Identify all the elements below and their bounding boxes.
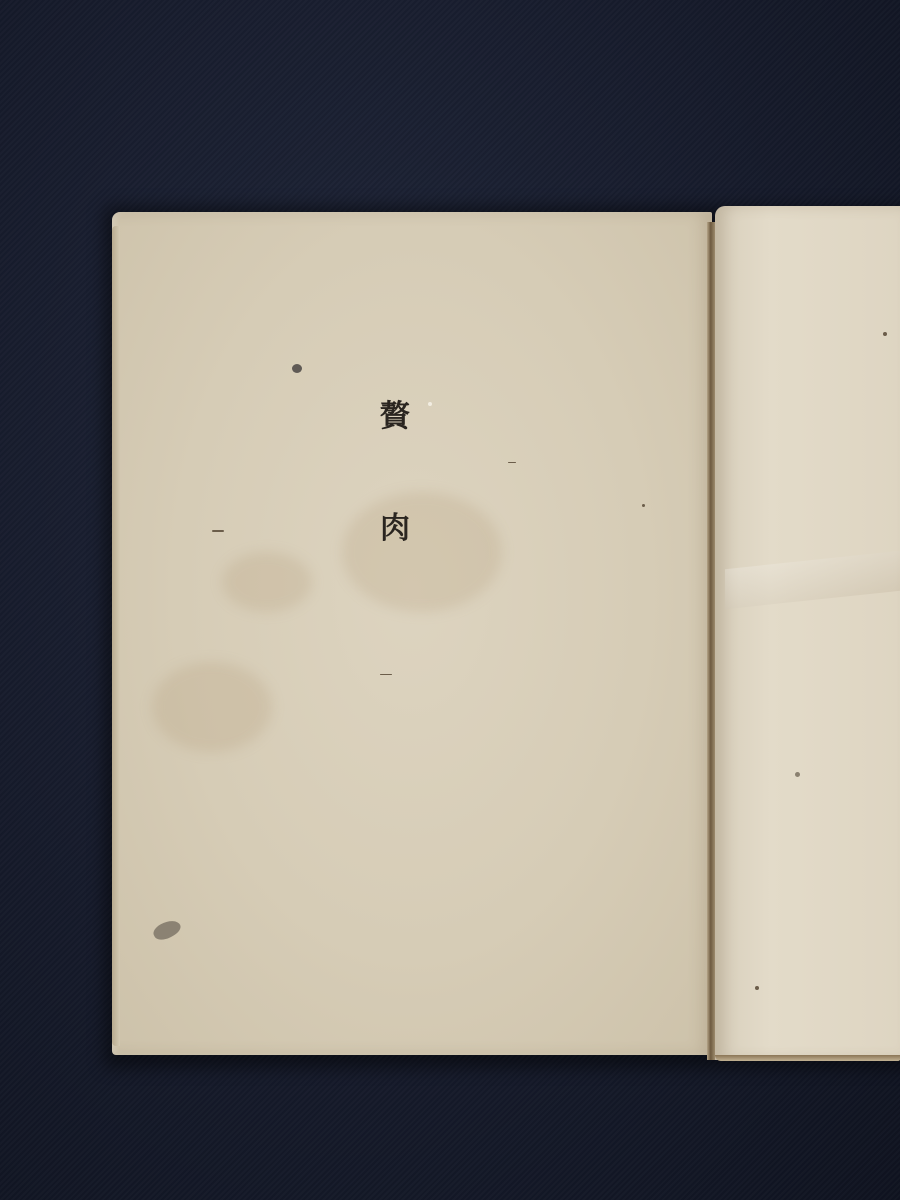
right-page-edge: [715, 1055, 900, 1061]
title-char-2: 肉: [380, 514, 410, 544]
paper-stain: [342, 492, 502, 612]
paper-speck: [795, 772, 800, 777]
paper-speck: [883, 332, 887, 336]
paper-hole: [292, 364, 302, 373]
left-page: [112, 212, 712, 1055]
paper-stain: [222, 552, 312, 612]
book-title: 贅 肉: [372, 402, 418, 544]
right-page: [715, 206, 900, 1060]
book-spine-gutter: [707, 222, 715, 1060]
paper-speck: [642, 504, 645, 507]
paper-speck: [380, 674, 392, 675]
paper-stain: [152, 662, 272, 752]
paper-speck: [755, 986, 759, 990]
title-char-1: 贅: [380, 402, 410, 432]
paper-speck: [212, 530, 224, 532]
paper-speck: [428, 402, 432, 406]
paper-speck: [508, 462, 516, 463]
